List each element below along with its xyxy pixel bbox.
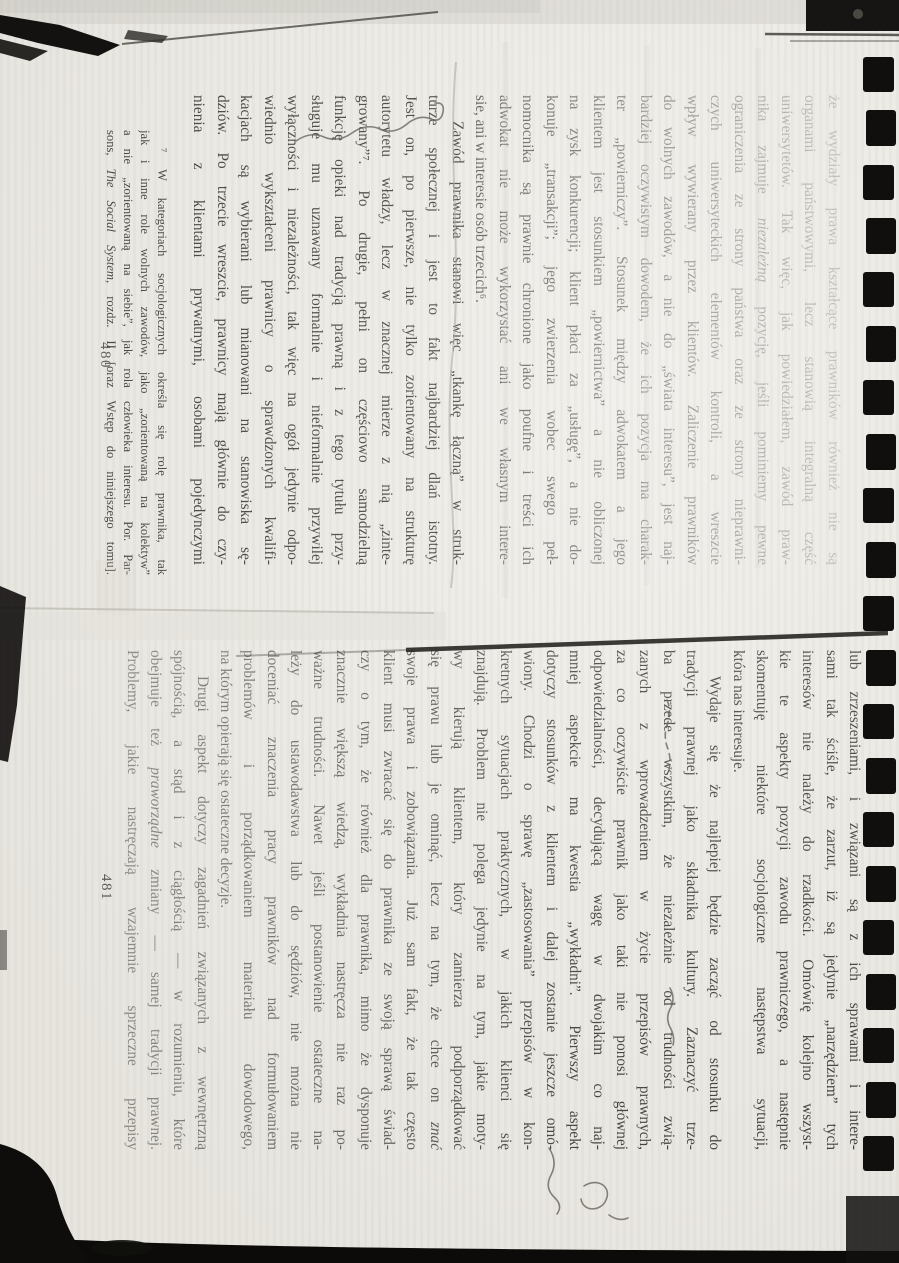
text-line: wpływ wywierany przez klientów. Zaliczen… [681, 95, 705, 565]
text-line: na zysk konkurencji; klient płaci za „us… [563, 95, 587, 565]
text-line: mniej aspekcie ma kwestia „wykładni”. Pi… [563, 650, 586, 1150]
page-481-body-text: lub zrzeszeniami, i związani są z ich sp… [121, 650, 867, 1150]
text-line: lub zrzeszeniami, i związani są z ich sp… [843, 650, 866, 1150]
scan-bottom-corner [846, 1196, 899, 1263]
text-line: która nas interesuje. [726, 650, 749, 1150]
text-line: tradycji prawnej jako składnika kultury.… [680, 650, 703, 1150]
text-line: leży do ustawodawstwa lub do sędziów, ni… [284, 650, 307, 1150]
scan-bottom-blob [0, 1144, 90, 1263]
scan-top-smudge [0, 0, 899, 24]
text-line: konuje „transakcji”; jego zwierzenia wob… [540, 95, 564, 565]
scan-bottom-blob [92, 1240, 152, 1256]
text-line: ba przede wszystkim, że niezależnie od t… [656, 650, 679, 1150]
text-line: wiednio wykształceni prawnicy o sprawdzo… [258, 95, 282, 565]
photocopy-streak [502, 42, 509, 598]
text-line: klientem jest stosunkiem „powiernictwa” … [587, 95, 611, 565]
scan-corner-block [806, 0, 899, 31]
text-line: ter „powierniczy”. Stosunek między adwok… [610, 95, 634, 565]
text-line: swoje prawa i zobowiązania. Już sam fakt… [400, 650, 423, 1150]
text-line: wiony. Chodzi o sprawę „zastosowania” pr… [517, 650, 540, 1150]
pencil-doodle-icon [548, 1148, 559, 1214]
text-line: wyłączności i niezależności, tak więc na… [281, 95, 305, 565]
text-line: growany”⁷. Po drugie, pełni on częściowo… [352, 95, 376, 565]
text-line: Wydaje się że najlepiej będzie zacząć od… [703, 650, 726, 1150]
text-line: zanych z wprowadzeniem w życie przepisów… [633, 650, 656, 1150]
scan-corner-mark [0, 39, 48, 61]
comb-binding-teeth [863, 57, 896, 1171]
sheet-edge-line [406, 633, 888, 650]
text-line: za co oczywiście prawnik jako taki nie p… [610, 650, 633, 1150]
text-line: na którym opierają się ostateczne decyzj… [214, 650, 237, 1150]
text-line: a nie „zorientowaną na siebie”, jak rola… [119, 130, 136, 575]
scanned-book-spread: { "document": { "description": "photocop… [0, 0, 899, 1263]
text-line: Zawód prawnika stanowi więc „tkankę łącz… [446, 95, 470, 565]
text-line: znajdują. Problem nie polega jedynie na … [470, 650, 493, 1150]
text-line: odpowiedzialności, decydującą wagę w dwo… [586, 650, 609, 1150]
photocopy-streak [644, 45, 650, 585]
text-line: dotyczy stosunków z klientem i dalej zos… [540, 650, 563, 1150]
text-line: znacznie większą wiedzą, wykładnia nastr… [330, 650, 353, 1150]
page-number-480: 480 [96, 342, 113, 369]
sheet-gap [0, 612, 446, 640]
text-line: problemów i porządkowaniem materiału dow… [237, 650, 260, 1150]
text-line: sami tak ściśle, że zarzut, iż są jedyni… [819, 650, 842, 1150]
text-line: spójnością, a stąd i z ciągłością — w ro… [167, 650, 190, 1150]
text-line: uniwersytetów. Tak więc, jak powiedziałe… [775, 95, 799, 565]
photocopy-streak [755, 48, 761, 568]
sheet-edge-line [0, 608, 434, 613]
text-line: jak i inne role wolnych zawodów, jako „z… [136, 130, 153, 575]
text-line: kacjach są wybierani lub mianowani na st… [234, 95, 258, 565]
text-line: Problemy, jakie nastręczają wzajemnie sp… [121, 650, 144, 1150]
text-line: do wolnych zawodów, a nie do „świata int… [657, 95, 681, 565]
photocopy-streak [96, 560, 136, 615]
text-line: kie te aspekty pozycji zawodu prawniczeg… [773, 650, 796, 1150]
text-line: doceniać znaczenia pracy prawników nad f… [260, 650, 283, 1150]
text-line: że wydziały prawa kształcące prawników r… [822, 95, 846, 565]
text-line: ważne trudności. Nawet jeśli postanowien… [307, 650, 330, 1150]
scan-top-line [765, 34, 899, 35]
scan-corner-mark [0, 15, 120, 56]
text-line: kretnych sytuacjach praktycznych, w jaki… [493, 650, 516, 1150]
text-line: autorytetu władzy, lecz w znacznej mierz… [375, 95, 399, 565]
scan-diagonal-line [122, 12, 438, 44]
page-number-481: 481 [97, 874, 114, 901]
scan-top-smudge [0, 0, 540, 13]
text-line: wy kierują klientem, który zamierza podp… [447, 650, 470, 1150]
text-line: sie, ani w interesie osób trzecich⁶. [469, 95, 493, 565]
text-line: dziów. Po trzecie wreszcie, prawnicy maj… [211, 95, 235, 565]
text-line: skomentuję niektóre socjologiczne następ… [750, 650, 773, 1150]
text-line: funkcję opieki nad tradycją prawną i z t… [328, 95, 352, 565]
text-line: ograniczenia ze strony państwa oraz ze s… [728, 95, 752, 565]
text-line: czy o tym, że również dla prawnika, mimo… [353, 650, 376, 1150]
text-line: turze społecznej i jest to fakt najbardz… [422, 95, 446, 565]
text-line: się prawu lub je ominąć, lecz na tym, że… [423, 650, 446, 1150]
text-line: nomocnika są prawnie chronione jako pouf… [516, 95, 540, 565]
text-line: sługuje mu uznawany formalnie i nieforma… [305, 95, 329, 565]
pencil-doodle-icon [581, 1183, 628, 1220]
text-line: nienia z klientami prywatnymi, osobami p… [187, 95, 211, 565]
scan-edge-blob [0, 586, 26, 762]
text-line: Jest on, po pierwsze, nie tylko zoriento… [399, 95, 423, 565]
text-line: ⁷ W kategoriach socjologicznych określa … [153, 130, 170, 575]
scan-edge-blob [0, 930, 7, 970]
text-line: czych uniwersyteckich elementów kontroli… [704, 95, 728, 565]
text-line: Drugi aspekt dotyczy zagadnień związanyc… [190, 650, 213, 1150]
text-line: interesów nie należy do rzadkości. Omówi… [796, 650, 819, 1150]
scan-corner-mark [124, 30, 168, 43]
scan-bottom-band [0, 1236, 899, 1263]
text-line: klient musi zwracać się do prawnika ze s… [377, 650, 400, 1150]
page-480-body-text: że wydziały prawa kształcące prawników r… [187, 95, 845, 565]
text-line: organami państwowymi, lecz stanowią inte… [798, 95, 822, 565]
text-line: obejmuje też praworządne zmiany — samej … [144, 650, 167, 1150]
